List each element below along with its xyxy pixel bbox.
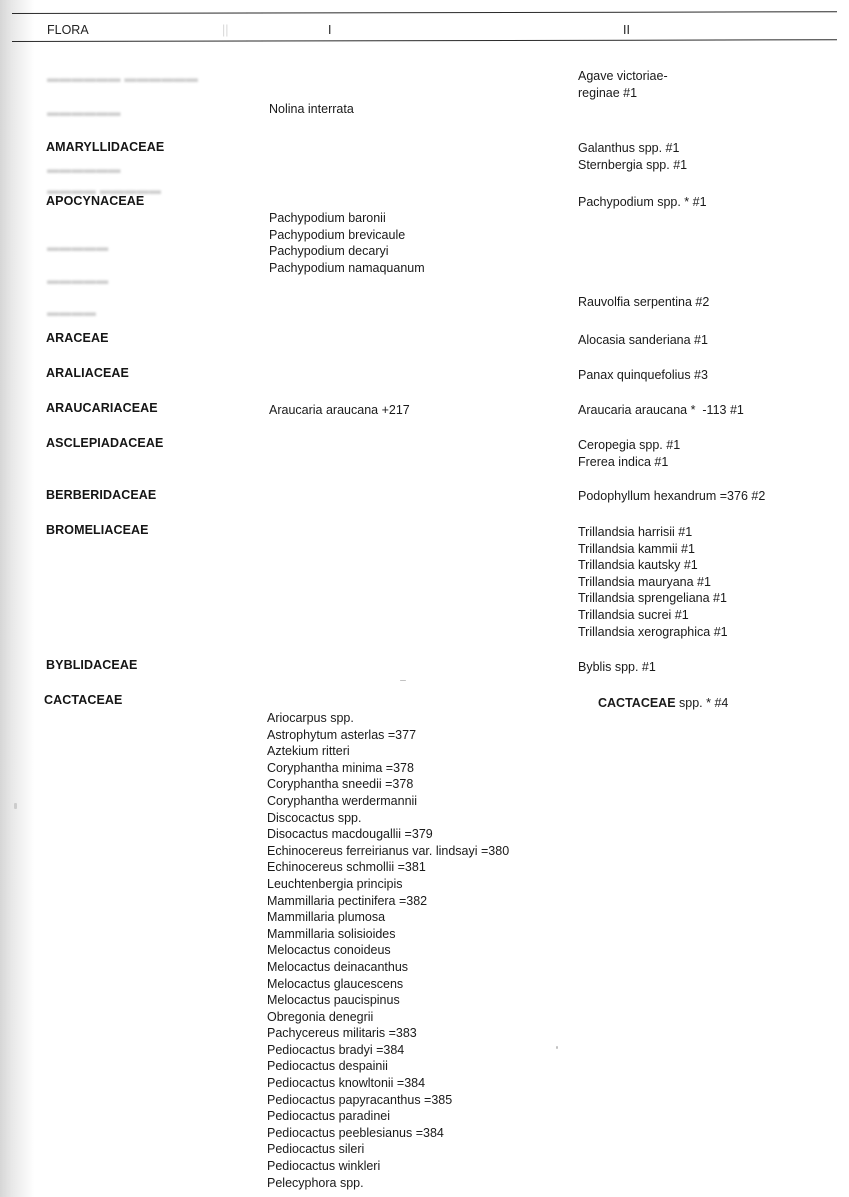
- species-entry: Byblis spp. #1: [578, 659, 656, 676]
- bleed-through-text: ▬▬▬▬▬: [47, 273, 109, 287]
- header-appendix-II: II: [623, 23, 630, 37]
- species-entry: Melocactus deinacanthus: [267, 959, 509, 976]
- species-entry: Trillandsia sucrei #1: [578, 607, 728, 624]
- species-entry: Agave victoriae-: [578, 68, 668, 85]
- family-amaryllidaceae: AMARYLLIDACEAE: [46, 140, 164, 154]
- species-entry: Coryphantha minima =378: [267, 760, 509, 777]
- rauvolfia-appendix-II: Rauvolfia serpentina #2: [578, 294, 709, 311]
- header-flora: FLORA: [47, 23, 89, 37]
- species-entry: Melocactus conoideus: [267, 942, 509, 959]
- asclepiadaceae-appendix-II: Ceropegia spp. #1 Frerea indica #1: [578, 437, 680, 470]
- species-entry: Pediocactus peeblesianus =384: [267, 1125, 509, 1142]
- agave-appendix-II: Agave victoriae- reginae #1: [578, 68, 668, 101]
- species-entry: Araucaria araucana +217: [269, 402, 410, 419]
- species-entry: spp. * #4: [676, 696, 729, 710]
- species-entry: Discocactus spp.: [267, 810, 509, 827]
- species-entry: reginae #1: [578, 85, 668, 102]
- species-entry: Araucaria araucana * -113 #1: [578, 402, 744, 419]
- species-entry: Pediocactus paradinei: [267, 1108, 509, 1125]
- family-berberidaceae: BERBERIDACEAE: [46, 488, 156, 502]
- species-entry: Pachycereus militaris =383: [267, 1025, 509, 1042]
- species-entry: Ariocarpus spp.: [267, 710, 509, 727]
- species-entry: Pediocactus winkleri: [267, 1158, 509, 1175]
- family-araceae: ARACEAE: [46, 331, 109, 345]
- nolina-appendix-I: Nolina interrata: [269, 101, 354, 118]
- species-entry: Alocasia sanderiana #1: [578, 332, 708, 349]
- bleed-through-text: ▬▬▬▬▬▬ ▬▬▬▬▬▬: [47, 71, 198, 85]
- species-entry: Pelecyphora spp.: [267, 1175, 509, 1192]
- species-entry: Coryphantha sneedii =378: [267, 776, 509, 793]
- cactaceae-appendix-II: CACTACEAE spp. * #4: [598, 695, 728, 712]
- species-entry: Trillandsia kammii #1: [578, 541, 728, 558]
- species-entry: Pachypodium baronii: [269, 210, 425, 227]
- page-gutter-shadow: [0, 0, 34, 1197]
- araliaceae-appendix-II: Panax quinquefolius #3: [578, 367, 708, 384]
- bleed-through-text: ▬▬▬▬▬▬: [47, 162, 121, 176]
- family-byblidaceae: BYBLIDACEAE: [46, 658, 137, 672]
- species-entry: Aztekium ritteri: [267, 743, 509, 760]
- species-entry: Trillandsia harrisii #1: [578, 524, 728, 541]
- berberidaceae-appendix-II: Podophyllum hexandrum =376 #2: [578, 488, 765, 505]
- scan-speck: [14, 803, 17, 809]
- species-entry: Pediocactus knowltonii =384: [267, 1075, 509, 1092]
- species-entry: Pediocactus despainii: [267, 1058, 509, 1075]
- family-araucariaceae: ARAUCARIACEAE: [46, 401, 158, 415]
- apocynaceae-appendix-II: Pachypodium spp. * #1: [578, 194, 707, 211]
- species-entry: Trillandsia mauryana #1: [578, 574, 728, 591]
- species-entry: Frerea indica #1: [578, 454, 680, 471]
- table-header-rule: [12, 39, 837, 42]
- bleed-through-text: ▬▬▬▬: [47, 305, 96, 319]
- species-entry: Astrophytum asterlas =377: [267, 727, 509, 744]
- species-entry: Trillandsia sprengeliana #1: [578, 590, 728, 607]
- araucariaceae-appendix-II: Araucaria araucana * -113 #1: [578, 402, 744, 419]
- species-entry: Pachypodium decaryi: [269, 243, 425, 260]
- bromeliaceae-appendix-II: Trillandsia harrisii #1 Trillandsia kamm…: [578, 524, 728, 640]
- family-cactaceae: CACTACEAE: [44, 693, 122, 707]
- species-entry: Echinocereus ferreirianus var. lindsayi …: [267, 843, 509, 860]
- species-entry: Ceropegia spp. #1: [578, 437, 680, 454]
- family-bromeliaceae: BROMELIACEAE: [46, 523, 149, 537]
- scan-speck: [400, 680, 406, 681]
- species-entry: Disocactus macdougallii =379: [267, 826, 509, 843]
- bleed-through-text: ▬▬▬▬▬: [47, 240, 109, 254]
- species-entry: Galanthus spp. #1: [578, 140, 687, 157]
- species-entry: Pediocactus sileri: [267, 1141, 509, 1158]
- scan-speck: [556, 1046, 558, 1049]
- species-entry: Mammillaria solisioides: [267, 926, 509, 943]
- species-entry: Pediocactus papyracanthus =385: [267, 1092, 509, 1109]
- species-entry: Podophyllum hexandrum =376 #2: [578, 488, 765, 505]
- byblidaceae-appendix-II: Byblis spp. #1: [578, 659, 656, 676]
- apocynaceae-appendix-I: Pachypodium baronii Pachypodium brevicau…: [269, 210, 425, 276]
- species-entry: Pachypodium brevicaule: [269, 227, 425, 244]
- cactaceae-appendix-I: Ariocarpus spp.Astrophytum asterlas =377…: [267, 710, 509, 1191]
- species-entry: Melocactus paucispinus: [267, 992, 509, 1009]
- species-entry: Pachypodium namaquanum: [269, 260, 425, 277]
- species-entry: Pediocactus bradyi =384: [267, 1042, 509, 1059]
- species-entry: Leuchtenbergia principis: [267, 876, 509, 893]
- species-entry: Melocactus glaucescens: [267, 976, 509, 993]
- species-entry: Sternbergia spp. #1: [578, 157, 687, 174]
- araceae-appendix-II: Alocasia sanderiana #1: [578, 332, 708, 349]
- species-entry: Mammillaria plumosa: [267, 909, 509, 926]
- amaryllidaceae-appendix-II: Galanthus spp. #1 Sternbergia spp. #1: [578, 140, 687, 173]
- species-entry: Trillandsia xerographica #1: [578, 624, 728, 641]
- family-araliaceae: ARALIACEAE: [46, 366, 129, 380]
- species-entry: Trillandsia kautsky #1: [578, 557, 728, 574]
- family-name-inline: CACTACEAE: [598, 696, 676, 710]
- species-entry: Echinocereus schmollii =381: [267, 859, 509, 876]
- species-entry: Coryphantha werdermannii: [267, 793, 509, 810]
- table-top-rule: [12, 11, 837, 14]
- family-apocynaceae: APOCYNACEAE: [46, 194, 144, 208]
- species-entry: Pachypodium spp. * #1: [578, 194, 707, 211]
- header-ghost-mark: ||: [222, 23, 229, 37]
- species-entry: Rauvolfia serpentina #2: [578, 294, 709, 311]
- araucariaceae-appendix-I: Araucaria araucana +217: [269, 402, 410, 419]
- bleed-through-text: ▬▬▬▬▬▬: [47, 105, 121, 119]
- species-entry: Obregonia denegrii: [267, 1009, 509, 1026]
- species-entry: Mammillaria pectinifera =382: [267, 893, 509, 910]
- family-asclepiadaceae: ASCLEPIADACEAE: [46, 436, 163, 450]
- species-entry: Panax quinquefolius #3: [578, 367, 708, 384]
- header-appendix-I: I: [328, 23, 331, 37]
- species-entry: Nolina interrata: [269, 101, 354, 118]
